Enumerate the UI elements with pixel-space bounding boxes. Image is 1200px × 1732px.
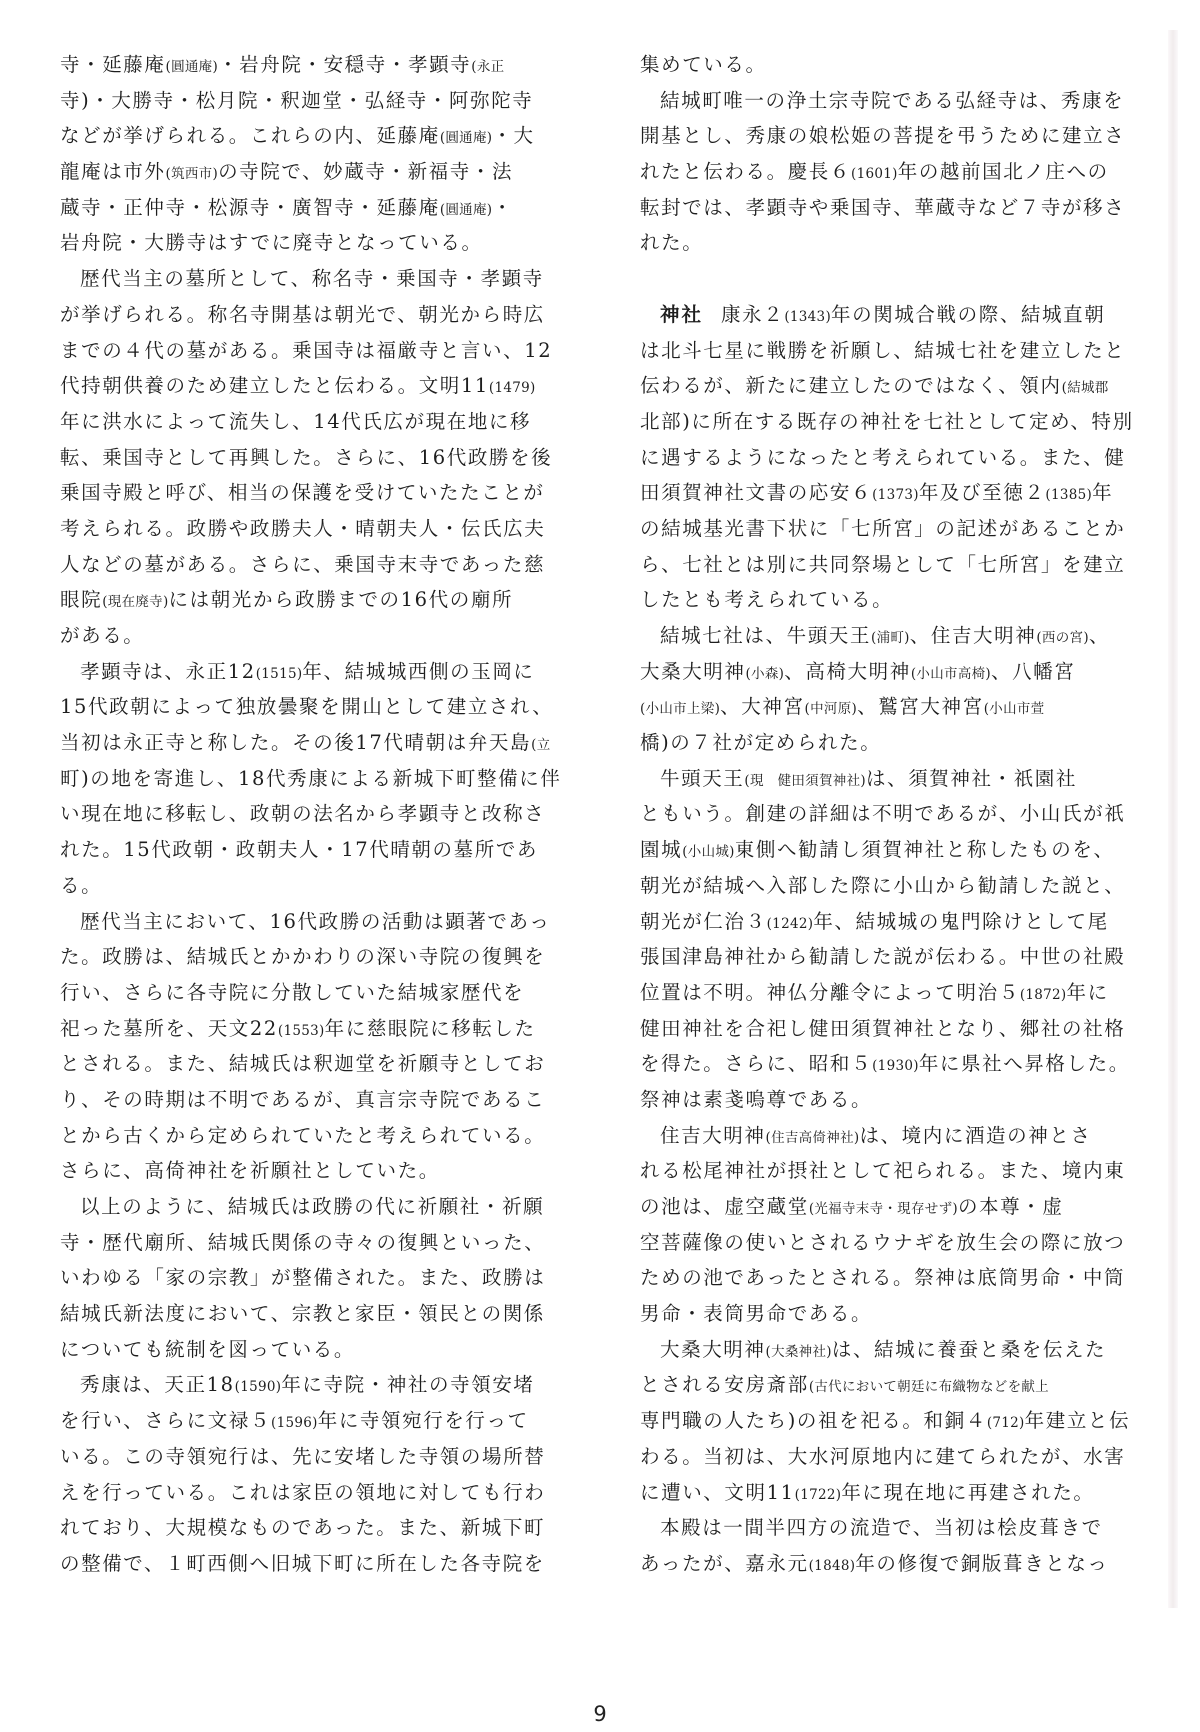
text-line: までの４代の墓がある。乗国寺は福厳寺と言い、12 xyxy=(60,333,580,369)
text-line-content: 当初は永正寺と称した。その後17代晴朝は弁天島(立 xyxy=(60,731,551,754)
text-line: 大桑大明神(小森)、高椅大明神(小山市高椅)、八幡宮 xyxy=(640,654,1152,690)
text-line-content: さらに、高倚神社を祈願社としていた。 xyxy=(60,1159,440,1182)
text-line-content: などが挙げられる。これらの内、延藤庵(圓通庵)・大 xyxy=(60,124,535,147)
text-line: したとも考えられている。 xyxy=(640,582,1152,618)
text-line: 空菩薩像の使いとされるウナギを放生会の際に放つ xyxy=(640,1225,1152,1261)
text-line: り、その時期は不明であるが、真言宗寺院であるこ xyxy=(60,1082,580,1118)
text-line-content: わる。当初は、大水河原地内に建てられたが、水害 xyxy=(640,1445,1125,1468)
text-line: る。 xyxy=(60,868,580,904)
text-line: とから古くから定められていたと考えられている。 xyxy=(60,1118,580,1154)
scan-edge-shadow xyxy=(1168,30,1178,1608)
text-line-content: 朝光が結城へ入部した際に小山から勧請した説と、 xyxy=(640,874,1125,897)
text-line: 岩舟院・大勝寺はすでに廃寺となっている。 xyxy=(60,225,580,261)
text-line-content: 岩舟院・大勝寺はすでに廃寺となっている。 xyxy=(60,231,483,254)
text-line-content: 開基とし、秀康の娘松姫の菩提を弔うために建立さ xyxy=(640,124,1125,147)
text-line-content: 祭神は素戔嗚尊である。 xyxy=(640,1088,872,1111)
text-line: 伝わるが、新たに建立したのではなく、領内(結城郡 xyxy=(640,368,1152,404)
text-line-content: 歴代当主において、16代政勝の活動は顕著であっ xyxy=(80,910,551,933)
text-line-content: とされる。また、結城氏は釈迦堂を祈願寺としてお xyxy=(60,1052,545,1075)
text-line-content: い現在地に移転し、政朝の法名から孝顕寺と改称さ xyxy=(60,802,545,825)
text-line-content: 橋)の７社が定められた。 xyxy=(640,731,881,754)
text-line-content: あったが、嘉永元(1848)年の修復で銅版葺きとなっ xyxy=(640,1552,1109,1575)
text-line-content: 年に洪水によって流失し、14代氏広が現在地に移 xyxy=(60,410,531,433)
text-line-content: 寺)・大勝寺・松月院・釈迦堂・弘経寺・阿弥陀寺 xyxy=(60,89,533,112)
text-line: 結城七社は、牛頭天王(浦町)、住吉大明神(西の宮)、 xyxy=(640,618,1152,654)
text-line: 男命・表筒男命である。 xyxy=(640,1296,1152,1332)
text-line-content: についても統制を図っている。 xyxy=(60,1338,355,1361)
text-line: 乗国寺殿と呼び、相当の保護を受けていたたことが xyxy=(60,475,580,511)
text-line: 代持朝供養のため建立したと伝わる。文明11(1479) xyxy=(60,368,580,404)
text-line-content: とから古くから定められていたと考えられている。 xyxy=(60,1124,545,1147)
text-line-content: を得た。さらに、昭和５(1930)年に県社へ昇格した。 xyxy=(640,1052,1130,1075)
text-line-content: の結城基光書下状に「七所宮」の記述があることか xyxy=(640,517,1125,540)
text-line: 園城(小山城)東側へ勧請し須賀神社と称したものを、 xyxy=(640,832,1152,868)
text-line-content: いわゆる「家の宗教」が整備された。また、政勝は xyxy=(60,1266,545,1289)
text-line: 蔵寺・正仲寺・松源寺・廣智寺・延藤庵(圓通庵)・ xyxy=(60,190,580,226)
text-line: 張国津島神社から勧請した説が伝わる。中世の社殿 xyxy=(640,939,1152,975)
text-line: 寺・延藤庵(圓通庵)・岩舟院・安穏寺・孝顕寺(永正 xyxy=(60,47,580,83)
text-line: 龍庵は市外(筑西市)の寺院で、妙蔵寺・新福寺・法 xyxy=(60,154,580,190)
text-line-content: 祀った墓所を、天文22(1553)年に慈眼院に移転した xyxy=(60,1017,536,1040)
text-line-content: 田須賀神社文書の応安６(1373)年及び至徳２(1385)年 xyxy=(640,481,1113,504)
text-line xyxy=(640,261,1152,297)
text-line: た。政勝は、結城氏とかかわりの深い寺院の復興を xyxy=(60,939,580,975)
text-line: れる松尾神社が摂社として祀られる。また、境内東 xyxy=(640,1153,1152,1189)
text-line: の整備で、１町西側へ旧城下町に所在した各寺院を xyxy=(60,1546,580,1582)
text-line: を得た。さらに、昭和５(1930)年に県社へ昇格した。 xyxy=(640,1046,1152,1082)
text-line: ら、七社とは別に共同祭場として「七所宮」を建立 xyxy=(640,547,1152,583)
text-line-content: 歴代当主の墓所として、称名寺・乗国寺・孝顕寺 xyxy=(80,267,544,290)
text-line-content: 龍庵は市外(筑西市)の寺院で、妙蔵寺・新福寺・法 xyxy=(60,160,513,183)
text-line-content: したとも考えられている。 xyxy=(640,588,893,611)
text-line-content: る。 xyxy=(60,874,102,897)
text-line-content: 空菩薩像の使いとされるウナギを放生会の際に放つ xyxy=(640,1231,1125,1254)
text-line-content: れており、大規模なものであった。また、新城下町 xyxy=(60,1516,545,1539)
text-line: 町)の地を寄進し、18代秀康による新城下町整備に伴 xyxy=(60,761,580,797)
text-line: の結城基光書下状に「七所宮」の記述があることか xyxy=(640,511,1152,547)
text-line-content: 園城(小山城)東側へ勧請し須賀神社と称したものを、 xyxy=(640,838,1115,861)
text-line: えを行っている。これは家臣の領地に対しても行わ xyxy=(60,1475,580,1511)
text-line-content: 北部)に所在する既存の神社を七社として定め、特別 xyxy=(640,410,1134,433)
text-line: 当初は永正寺と称した。その後17代晴朝は弁天島(立 xyxy=(60,725,580,761)
text-line: れた。 xyxy=(640,225,1152,261)
text-line: 牛頭天王(現 健田須賀神社)は、須賀神社・祇園社 xyxy=(640,761,1152,797)
text-line-content: た。政勝は、結城氏とかかわりの深い寺院の復興を xyxy=(60,945,545,968)
text-line: 歴代当主において、16代政勝の活動は顕著であっ xyxy=(60,904,580,940)
text-line-content: 結城七社は、牛頭天王(浦町)、住吉大明神(西の宮)、 xyxy=(660,624,1110,647)
text-line: 本殿は一間半四方の流造で、当初は桧皮葺きで xyxy=(640,1510,1152,1546)
text-line: とされる安房斎部(古代において朝廷に布織物などを献上 xyxy=(640,1367,1152,1403)
text-line: 大桑大明神(大桑神社)は、結城に養蚕と桑を伝えた xyxy=(640,1332,1152,1368)
text-line: いる。この寺領宛行は、先に安堵した寺領の場所替 xyxy=(60,1439,580,1475)
text-line: 秀康は、天正18(1590)年に寺院・神社の寺領安堵 xyxy=(60,1367,580,1403)
text-line: あったが、嘉永元(1848)年の修復で銅版葺きとなっ xyxy=(640,1546,1152,1582)
text-line: 眼院(現在廃寺)には朝光から政勝までの16代の廟所 xyxy=(60,582,580,618)
text-line-content: 町)の地を寄進し、18代秀康による新城下町整備に伴 xyxy=(60,767,561,790)
text-line-content: に遭い、文明11(1722)年に現在地に再建された。 xyxy=(640,1481,1095,1504)
text-line: 結城町唯一の浄土宗寺院である弘経寺は、秀康を xyxy=(640,83,1152,119)
text-line: 集めている。 xyxy=(640,47,1152,83)
text-line-content: 結城氏新法度において、宗教と家臣・領民との関係 xyxy=(60,1302,545,1325)
text-line: に遇するようになったと考えられている。また、健 xyxy=(640,440,1152,476)
text-line-content: れた。15代政朝・政朝夫人・17代晴朝の墓所であ xyxy=(60,838,538,861)
text-line: 人などの墓がある。さらに、乗国寺末寺であった慈 xyxy=(60,547,580,583)
text-line-content: ともいう。創建の詳細は不明であるが、小山氏が祇 xyxy=(640,802,1125,825)
text-line-content: れた。 xyxy=(640,231,703,254)
text-line-content: 康永２(1343)年の関城合戦の際、結城直朝 xyxy=(721,303,1105,326)
text-line-content: 代持朝供養のため建立したと伝わる。文明11(1479) xyxy=(60,374,536,397)
text-line-content: 孝顕寺は、永正12(1515)年、結城城西側の玉岡に xyxy=(80,660,535,683)
text-line: が挙げられる。称名寺開基は朝光で、朝光から時広 xyxy=(60,297,580,333)
text-line: 橋)の７社が定められた。 xyxy=(640,725,1152,761)
text-line: 朝光が結城へ入部した際に小山から勧請した説と、 xyxy=(640,868,1152,904)
text-line-content: 蔵寺・正仲寺・松源寺・廣智寺・延藤庵(圓通庵)・ xyxy=(60,196,513,219)
text-line: とされる。また、結城氏は釈迦堂を祈願寺としてお xyxy=(60,1046,580,1082)
text-line-content: り、その時期は不明であるが、真言宗寺院であるこ xyxy=(60,1088,545,1111)
text-line-content: 秀康は、天正18(1590)年に寺院・神社の寺領安堵 xyxy=(80,1373,535,1396)
text-line: 寺)・大勝寺・松月院・釈迦堂・弘経寺・阿弥陀寺 xyxy=(60,83,580,119)
text-line-content: 以上のように、結城氏は政勝の代に祈願社・祈願 xyxy=(80,1195,544,1218)
text-line-content: 朝光が仁治３(1242)年、結城城の鬼門除けとして尾 xyxy=(640,910,1109,933)
text-line-content: が挙げられる。称名寺開基は朝光で、朝光から時広 xyxy=(60,303,545,326)
text-line-content: 集めている。 xyxy=(640,53,767,76)
text-line: 歴代当主の墓所として、称名寺・乗国寺・孝顕寺 xyxy=(60,261,580,297)
text-line: れたと伝わる。慶長６(1601)年の越前国北ノ庄への xyxy=(640,154,1152,190)
text-line-content: 健田神社を合祀し健田須賀神社となり、郷社の社格 xyxy=(640,1017,1125,1040)
text-line-content: 考えられる。政勝や政勝夫人・晴朝夫人・伝氏広夫 xyxy=(60,517,545,540)
text-line: 以上のように、結城氏は政勝の代に祈願社・祈願 xyxy=(60,1189,580,1225)
text-line-content: れたと伝わる。慶長６(1601)年の越前国北ノ庄への xyxy=(640,160,1109,183)
text-line: い現在地に移転し、政朝の法名から孝顕寺と改称さ xyxy=(60,796,580,832)
text-line-content: 転封では、孝顕寺や乗国寺、華蔵寺など７寺が移さ xyxy=(640,196,1125,219)
text-line: 位置は不明。神仏分離令によって明治５(1872)年に xyxy=(640,975,1152,1011)
text-line-content: 乗国寺殿と呼び、相当の保護を受けていたたことが xyxy=(60,481,545,504)
text-line: れた。15代政朝・政朝夫人・17代晴朝の墓所であ xyxy=(60,832,580,868)
text-line-content: 本殿は一間半四方の流造で、当初は桧皮葺きで xyxy=(660,1516,1103,1539)
text-line: いわゆる「家の宗教」が整備された。また、政勝は xyxy=(60,1260,580,1296)
text-line: を行い、さらに文禄５(1596)年に寺領宛行を行って xyxy=(60,1403,580,1439)
text-line: 転封では、孝顕寺や乗国寺、華蔵寺など７寺が移さ xyxy=(640,190,1152,226)
text-line: 祭神は素戔嗚尊である。 xyxy=(640,1082,1152,1118)
text-line: に遭い、文明11(1722)年に現在地に再建された。 xyxy=(640,1475,1152,1511)
text-line: 行い、さらに各寺院に分散していた結城家歴代を xyxy=(60,975,580,1011)
text-line-content: 転、乗国寺として再興した。さらに、16代政勝を後 xyxy=(60,446,552,469)
text-line-content: とされる安房斎部(古代において朝廷に布織物などを献上 xyxy=(640,1373,1049,1396)
text-line-content: 伝わるが、新たに建立したのではなく、領内(結城郡 xyxy=(640,374,1109,397)
text-line: の池は、虚空蔵堂(光福寺末寺・現存せず)の本尊・虚 xyxy=(640,1189,1152,1225)
text-line-content: 位置は不明。神仏分離令によって明治５(1872)年に xyxy=(640,981,1109,1004)
text-line: などが挙げられる。これらの内、延藤庵(圓通庵)・大 xyxy=(60,118,580,154)
text-line-content: 行い、さらに各寺院に分散していた結城家歴代を xyxy=(60,981,524,1004)
left-column: 寺・延藤庵(圓通庵)・岩舟院・安穏寺・孝顕寺(永正寺)・大勝寺・松月院・釈迦堂・… xyxy=(60,47,580,1582)
text-line: 開基とし、秀康の娘松姫の菩提を弔うために建立さ xyxy=(640,118,1152,154)
text-line-content: までの４代の墓がある。乗国寺は福厳寺と言い、12 xyxy=(60,339,552,362)
text-line-content: (小山市上梁)、大神宮(中河原)、鷲宮大神宮(小山市萱 xyxy=(640,695,1044,718)
text-line: 北部)に所在する既存の神社を七社として定め、特別 xyxy=(640,404,1152,440)
text-line-content: 大桑大明神(大桑神社)は、結城に養蚕と桑を伝えた xyxy=(660,1338,1106,1361)
page-number: 9 xyxy=(0,1702,1200,1726)
text-line: れており、大規模なものであった。また、新城下町 xyxy=(60,1510,580,1546)
text-line: 健田神社を合祀し健田須賀神社となり、郷社の社格 xyxy=(640,1011,1152,1047)
text-line: 朝光が仁治３(1242)年、結城城の鬼門除けとして尾 xyxy=(640,904,1152,940)
text-line: 孝顕寺は、永正12(1515)年、結城城西側の玉岡に xyxy=(60,654,580,690)
text-line-content: に遇するようになったと考えられている。また、健 xyxy=(640,446,1125,469)
text-line-content: ための池であったとされる。祭神は底筒男命・中筒 xyxy=(640,1266,1125,1289)
text-line: (小山市上梁)、大神宮(中河原)、鷲宮大神宮(小山市萱 xyxy=(640,689,1152,725)
text-line: ともいう。創建の詳細は不明であるが、小山氏が祇 xyxy=(640,796,1152,832)
text-line-content: 結城町唯一の浄土宗寺院である弘経寺は、秀康を xyxy=(660,89,1124,112)
text-line-content: の池は、虚空蔵堂(光福寺末寺・現存せず)の本尊・虚 xyxy=(640,1195,1063,1218)
text-line-content: 男命・表筒男命である。 xyxy=(640,1302,872,1325)
text-line: 田須賀神社文書の応安６(1373)年及び至徳２(1385)年 xyxy=(640,475,1152,511)
right-column: 集めている。結城町唯一の浄土宗寺院である弘経寺は、秀康を開基とし、秀康の娘松姫の… xyxy=(640,47,1152,1582)
text-line-content: 専門職の人たち)の祖を祀る。和銅４(712)年建立と伝 xyxy=(640,1409,1130,1432)
text-line-content: 張国津島神社から勧請した説が伝わる。中世の社殿 xyxy=(640,945,1125,968)
text-line: さらに、高倚神社を祈願社としていた。 xyxy=(60,1153,580,1189)
text-line-content: 15代政朝によって独放曇聚を開山として建立され、 xyxy=(60,695,553,718)
text-line-content: ら、七社とは別に共同祭場として「七所宮」を建立 xyxy=(640,553,1125,576)
text-line: 住吉大明神(住吉高倚神社)は、境内に酒造の神とさ xyxy=(640,1118,1152,1154)
text-line-content: 大桑大明神(小森)、高椅大明神(小山市高椅)、八幡宮 xyxy=(640,660,1075,683)
text-line-content: がある。 xyxy=(60,624,144,647)
text-line: 専門職の人たち)の祖を祀る。和銅４(712)年建立と伝 xyxy=(640,1403,1152,1439)
text-line: がある。 xyxy=(60,618,580,654)
text-line: 祀った墓所を、天文22(1553)年に慈眼院に移転した xyxy=(60,1011,580,1047)
text-line-content: れる松尾神社が摂社として祀られる。また、境内東 xyxy=(640,1159,1125,1182)
text-line-content: 寺・延藤庵(圓通庵)・岩舟院・安穏寺・孝顕寺(永正 xyxy=(60,53,504,76)
section-heading: 神社 xyxy=(660,303,703,326)
text-line-content: 牛頭天王(現 健田須賀神社)は、須賀神社・祇園社 xyxy=(660,767,1077,790)
text-line: 15代政朝によって独放曇聚を開山として建立され、 xyxy=(60,689,580,725)
text-line: 神社康永２(1343)年の関城合戦の際、結城直朝 xyxy=(640,297,1152,333)
text-line-content: 人などの墓がある。さらに、乗国寺末寺であった慈 xyxy=(60,553,545,576)
text-line-content: の整備で、１町西側へ旧城下町に所在した各寺院を xyxy=(60,1552,545,1575)
text-line-content: 寺・歴代廟所、結城氏関係の寺々の復興といった、 xyxy=(60,1231,545,1254)
text-line-content: いる。この寺領宛行は、先に安堵した寺領の場所替 xyxy=(60,1445,545,1468)
text-line-content: は北斗七星に戦勝を祈願し、結城七社を建立したと xyxy=(640,339,1125,362)
text-line-content: 住吉大明神(住吉高倚神社)は、境内に酒造の神とさ xyxy=(660,1124,1092,1147)
text-line-content: を行い、さらに文禄５(1596)年に寺領宛行を行って xyxy=(60,1409,529,1432)
text-line-content: 眼院(現在廃寺)には朝光から政勝までの16代の廟所 xyxy=(60,588,513,611)
text-line: は北斗七星に戦勝を祈願し、結城七社を建立したと xyxy=(640,333,1152,369)
text-line: ための池であったとされる。祭神は底筒男命・中筒 xyxy=(640,1260,1152,1296)
text-line: 転、乗国寺として再興した。さらに、16代政勝を後 xyxy=(60,440,580,476)
text-line: 考えられる。政勝や政勝夫人・晴朝夫人・伝氏広夫 xyxy=(60,511,580,547)
text-line: わる。当初は、大水河原地内に建てられたが、水害 xyxy=(640,1439,1152,1475)
text-line-content: えを行っている。これは家臣の領地に対しても行わ xyxy=(60,1481,545,1504)
text-line: についても統制を図っている。 xyxy=(60,1332,580,1368)
text-line: 寺・歴代廟所、結城氏関係の寺々の復興といった、 xyxy=(60,1225,580,1261)
text-line: 結城氏新法度において、宗教と家臣・領民との関係 xyxy=(60,1296,580,1332)
text-line: 年に洪水によって流失し、14代氏広が現在地に移 xyxy=(60,404,580,440)
